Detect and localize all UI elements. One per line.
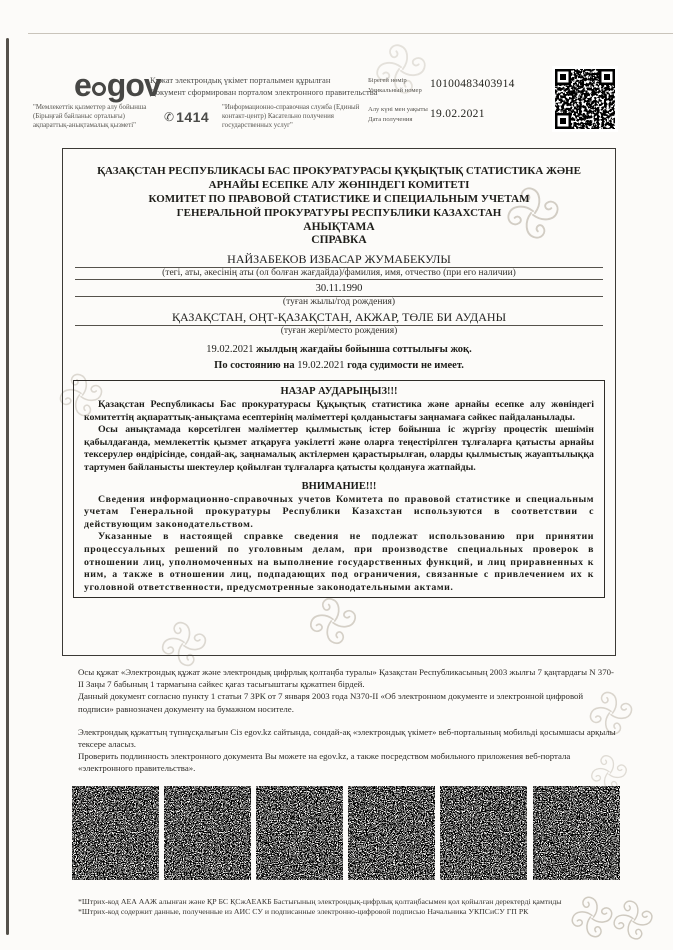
attention-paragraph-kk-2: Осы анықтамада көрсетілген мәліметтер қы… bbox=[84, 424, 594, 474]
barcode-block bbox=[72, 786, 159, 880]
received-date-label: Алу күні мен уақыты Дата получения bbox=[368, 105, 428, 124]
unique-number-value: 10100483403914 bbox=[430, 78, 515, 90]
signature-barcode-strip bbox=[72, 786, 620, 880]
barcode-footnote-kk: *Штрих-код АЕА ААЖ алынған және ҚР БС ҚС… bbox=[78, 897, 623, 907]
document-title-ru: СПРАВКА bbox=[63, 234, 615, 247]
birth-date: 30.11.1990 bbox=[75, 283, 603, 297]
legal-note-kk-2: Электрондық құжаттың түпнұсқалығын Сіз e… bbox=[78, 726, 619, 750]
conviction-status-kk: 19.02.2021 жылдың жағдайы бойынша соттыл… bbox=[63, 343, 615, 356]
document-generated-note: Құжат электрондық үкімет порталымен құры… bbox=[150, 74, 377, 98]
generated-note-kk: Құжат электрондық үкімет порталымен құры… bbox=[150, 74, 377, 86]
received-date-value: 19.02.2021 bbox=[430, 108, 485, 120]
person-full-name: НАЙЗАБЕКОВ ИЗБАСАР ЖУМАБЕКУЛЫ bbox=[75, 253, 603, 268]
scan-crease-line bbox=[28, 33, 673, 34]
unique-number-label: Бірегей нөмір Уникальный номер bbox=[368, 76, 422, 95]
status-date-kk: 19.02.2021 bbox=[206, 344, 253, 355]
contact-center-note-kk: "Мемлекеттік қызметтер алу бойынша (Біры… bbox=[33, 103, 151, 130]
legal-note-ru-2: Проверить подлинность электронного докум… bbox=[78, 750, 619, 774]
egov-logo-dot-icon bbox=[92, 82, 106, 96]
certificate-body-box: ҚАЗАҚСТАН РЕСПУБЛИКАСЫ БАС ПРОКУРАТУРАСЫ… bbox=[62, 148, 616, 656]
birth-date-caption: (туған жылы/год рождения) bbox=[75, 297, 603, 308]
legal-note-kk-1: Осы құжат «Электрондық құжат және электр… bbox=[78, 666, 619, 690]
barcode-footnote-ru: *Штрих-код содержит данные, полученные и… bbox=[78, 907, 623, 917]
scan-edge-line bbox=[6, 38, 9, 935]
egov-logo: e gov bbox=[74, 70, 161, 100]
barcode-block bbox=[348, 786, 435, 880]
attention-paragraph-kk-1: Қазақстан Республикасы Бас прокуратурасы… bbox=[84, 399, 594, 424]
conviction-status-ru: По состоянию на 19.02.2021 года судимост… bbox=[63, 359, 615, 372]
barcode-block bbox=[533, 786, 620, 880]
attention-title-ru: ВНИМАНИЕ!!! bbox=[84, 480, 594, 494]
phone-number: 1414 bbox=[176, 109, 209, 125]
birth-place: ҚАЗАҚСТАН, ОҢТ-ҚАЗАҚСТАН, АКЖАР, ТӨЛЕ БИ… bbox=[75, 311, 603, 326]
phone-icon: ✆ bbox=[164, 110, 174, 124]
legal-note-ru-1: Данный документ согласно пункту 1 статьи… bbox=[78, 690, 619, 714]
attention-paragraph-ru-2: Указанные в настоящей справке сведения н… bbox=[84, 531, 594, 594]
attention-notice-box: НАЗАР АУДАРЫҢЫЗ!!! Қазақстан Республикас… bbox=[73, 380, 605, 598]
qr-code bbox=[552, 66, 618, 132]
birth-place-caption: (туған жері/место рождения) bbox=[75, 326, 603, 337]
barcode-block bbox=[440, 786, 527, 880]
barcode-footnote: *Штрих-код АЕА ААЖ алынған және ҚР БС ҚС… bbox=[78, 897, 623, 917]
legal-validity-note: Осы құжат «Электрондық құжат және электр… bbox=[78, 666, 619, 775]
attention-paragraph-ru-1: Сведения информационно-справочных учетов… bbox=[84, 494, 594, 532]
attention-title-kk: НАЗАР АУДАРЫҢЫЗ!!! bbox=[84, 385, 594, 399]
barcode-block bbox=[256, 786, 343, 880]
status-date-ru: 19.02.2021 bbox=[297, 360, 344, 371]
scanned-document-page: e gov Құжат электрондық үкімет порталыме… bbox=[0, 0, 673, 950]
barcode-block bbox=[164, 786, 251, 880]
egov-logo-e: e bbox=[74, 70, 91, 100]
issuing-organization-title: ҚАЗАҚСТАН РЕСПУБЛИКАСЫ БАС ПРОКУРАТУРАСЫ… bbox=[63, 164, 615, 220]
contact-center-note-ru: "Информационно-справочная служба (Единый… bbox=[222, 103, 370, 130]
document-title-kk: АНЫҚТАМА bbox=[63, 221, 615, 234]
generated-note-ru: Документ сформирован порталом электронно… bbox=[150, 86, 377, 98]
document-title: АНЫҚТАМА СПРАВКА bbox=[63, 221, 615, 247]
full-name-caption: (тегі, аты, әкесінің аты (ол болған жағд… bbox=[75, 268, 603, 280]
status-text-kk: жылдың жағдайы бойынша соттылығы жоқ. bbox=[256, 344, 472, 355]
contact-phone: ✆ 1414 bbox=[164, 109, 209, 125]
